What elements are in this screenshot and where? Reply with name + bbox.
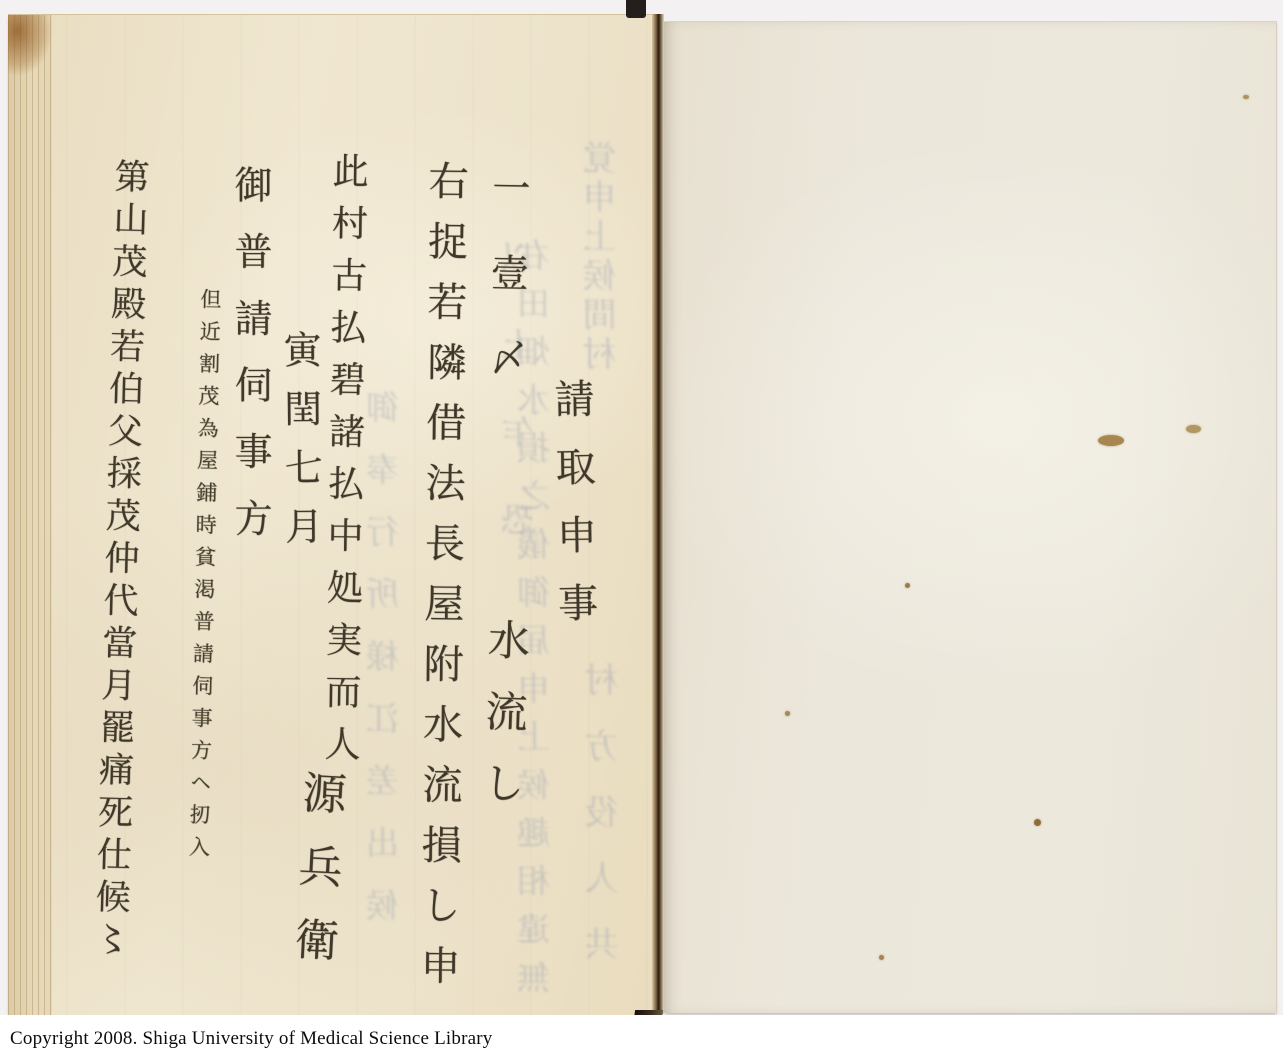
- stain-speck: [1098, 435, 1124, 446]
- stain-layer: [0, 0, 1283, 1054]
- stain-speck: [1034, 819, 1041, 826]
- stain-speck: [1243, 95, 1249, 99]
- stain-speck: [1186, 425, 1201, 433]
- copyright-text: Copyright 2008. Shiga University of Medi…: [10, 1028, 492, 1050]
- book-photograph: 覚申上候間村右田畑水損之儀御届申上候趣相違無村方役人共御奉行所様江差出候以上乍恐…: [0, 0, 1283, 1054]
- stain-speck: [785, 711, 790, 716]
- stain-speck: [905, 583, 910, 588]
- stain-speck: [879, 955, 884, 960]
